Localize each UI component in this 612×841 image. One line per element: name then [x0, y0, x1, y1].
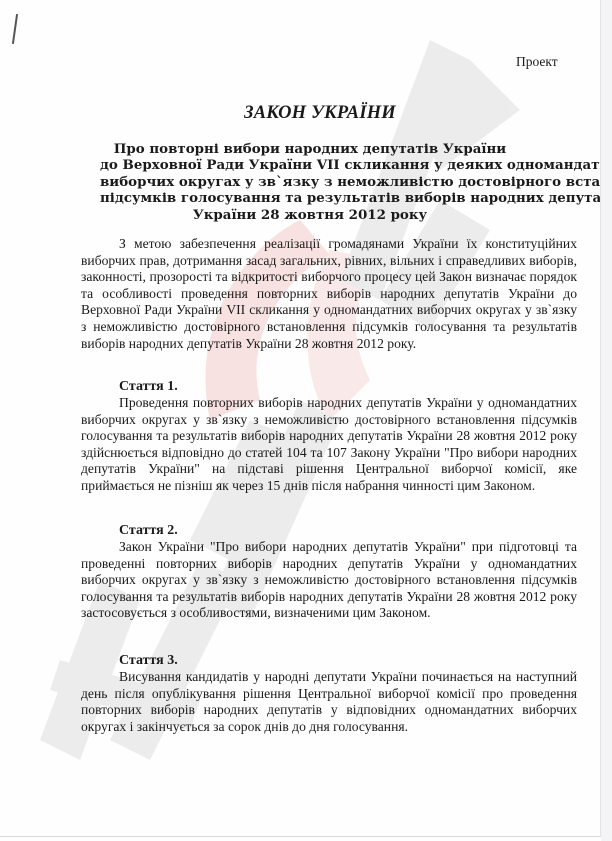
document-title: ЗАКОН УКРАЇНИ: [0, 103, 601, 124]
draft-stamp: Проект: [516, 54, 558, 70]
article-1: Стаття 1. Проведення повторних виборів н…: [81, 378, 577, 495]
subtitle-line: до Верховної Ради України VII скликання …: [100, 157, 520, 173]
subtitle-line: Про повторні вибори народних депутатів У…: [100, 141, 520, 157]
preamble: З метою забезпечення реалізації громадян…: [81, 236, 577, 352]
article-heading: Стаття 1.: [119, 378, 577, 395]
subtitle-line: України 28 жовтня 2012 року: [100, 207, 520, 223]
article-text: Закон України "Про вибори народних депут…: [81, 539, 577, 622]
article-2: Стаття 2. Закон України "Про вибори наро…: [81, 522, 577, 622]
document-subtitle: Про повторні вибори народних депутатів У…: [100, 141, 520, 223]
subtitle-line: виборчих округах у зв`язку з неможливіст…: [100, 174, 520, 190]
article-heading: Стаття 2.: [119, 522, 577, 539]
article-text: Проведення повторних виборів народних де…: [81, 395, 577, 495]
document-page: Проект ЗАКОН УКРАЇНИ Про повторні вибори…: [0, 0, 601, 837]
subtitle-line: підсумків голосування та результатів виб…: [100, 190, 520, 206]
pen-mark: [12, 14, 18, 44]
scan-edge: [601, 0, 612, 841]
article-3: Стаття 3. Висування кандидатів у народні…: [81, 652, 577, 735]
article-text: Висування кандидатів у народні депутати …: [81, 669, 577, 735]
preamble-text: З метою забезпечення реалізації громадян…: [81, 236, 577, 352]
article-heading: Стаття 3.: [119, 652, 577, 669]
